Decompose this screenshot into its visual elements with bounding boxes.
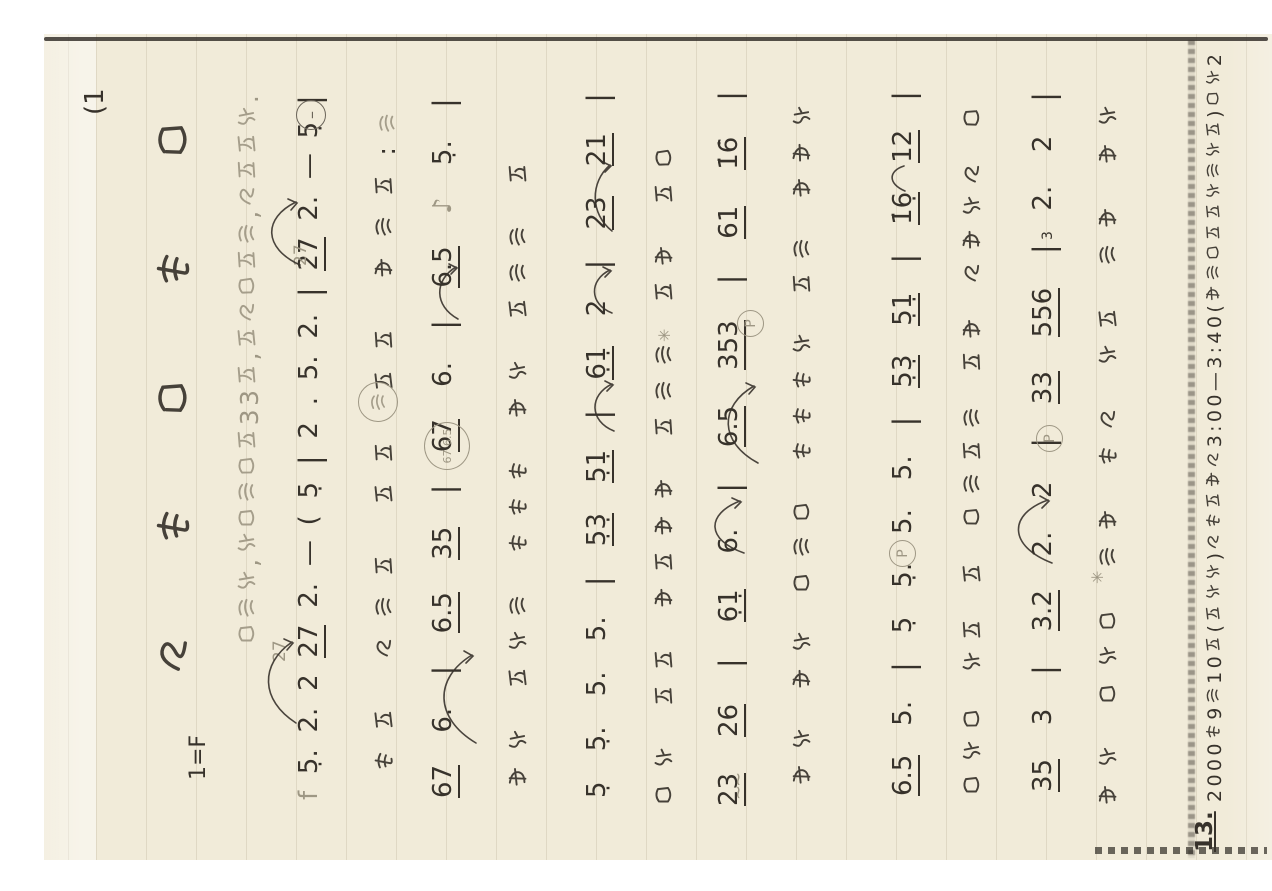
cjk-glyph (372, 482, 395, 505)
cjk-glyph (960, 228, 984, 251)
cjk-glyph (790, 763, 814, 786)
cjk-glyph (1096, 746, 1120, 769)
cjk-glyph (372, 215, 396, 238)
cjk-glyph (1204, 450, 1222, 468)
cjk-glyph (790, 571, 813, 594)
cjk-glyph (790, 632, 813, 655)
cjk-glyph (1204, 244, 1222, 262)
cjk-glyph (960, 774, 983, 797)
cjk-glyph (1204, 532, 1222, 549)
pencil-note: ,33,,. (235, 95, 269, 645)
handwritten-char: 9 (1204, 708, 1226, 720)
cjk-glyph (372, 595, 396, 618)
handwritten-char: 3 (1204, 435, 1226, 447)
note-token: 2. (296, 583, 322, 608)
note-token: | (430, 485, 459, 495)
cjk-glyph (506, 459, 529, 482)
cjk-glyph (790, 176, 814, 199)
note-token: 33 (1030, 371, 1060, 404)
note-token: | (716, 91, 745, 101)
note-token: 5̣. (430, 140, 456, 165)
cjk-glyph (790, 500, 813, 523)
cjk-glyph (506, 666, 530, 689)
cjk-glyph (790, 369, 813, 392)
note-token: 5̣1̣ (890, 293, 920, 326)
note-token: 5. (890, 701, 916, 726)
section-mark: (1 (80, 45, 114, 115)
note-token: | (584, 93, 613, 103)
cjk-glyph (372, 174, 395, 197)
note-token: | (716, 483, 745, 493)
cjk-glyph (506, 531, 530, 554)
slur-arc (584, 266, 618, 318)
note-token: 5. (584, 616, 610, 641)
note-token: 35 (430, 527, 460, 560)
cjk-glyph (372, 328, 395, 351)
cjk-glyph (1204, 604, 1222, 622)
cjk-glyph (960, 562, 983, 585)
note-token: 5̣1̣ (584, 450, 614, 483)
cjk-glyph (506, 163, 529, 186)
slur-arc (584, 380, 620, 436)
cjk-glyph (506, 729, 530, 752)
cjk-glyph (1204, 162, 1222, 179)
note-token: | (584, 576, 613, 586)
cjk-glyph (960, 651, 984, 674)
slur-arc (428, 648, 484, 748)
note-token: 2 (296, 422, 322, 439)
cjk-glyph (235, 106, 259, 129)
cjk-glyph (960, 162, 983, 185)
note-token: | (1030, 244, 1059, 254)
handwritten-char: 0 (1204, 774, 1226, 786)
note-token: 3.2 (1030, 590, 1060, 631)
cjk-glyph (1204, 285, 1221, 302)
note-token: 2. (1030, 186, 1056, 211)
cjk-glyph (235, 623, 258, 646)
slur-arc (586, 160, 618, 236)
note-token: | (1030, 665, 1059, 675)
slur-arc (700, 496, 752, 558)
note-token: 1̇6̣ (890, 192, 920, 225)
note-token: 61 (716, 206, 746, 239)
cjk-glyph (652, 343, 675, 366)
cjk-glyph (506, 225, 530, 248)
cjk-glyph (1096, 243, 1119, 266)
date-note: 2000910()3:00—3:40()2 (1204, 54, 1230, 802)
handwritten-char: 3 (1204, 357, 1226, 369)
cjk-glyph (1204, 491, 1222, 509)
note-token: 5̣ (296, 482, 322, 499)
cjk-glyph (506, 594, 530, 617)
system-5-notes: 6.55.|5̣5̣.5.5.|5̣3̣5̣1̣|1̇6̣12| (890, 91, 942, 796)
handwritten-char: — (1204, 372, 1226, 391)
cjk-glyph (1204, 563, 1222, 581)
pencil-tiao-mark (376, 104, 402, 134)
cjk-glyph (652, 586, 675, 609)
key-signature: 1=F (186, 696, 214, 780)
handwritten-char: : (1204, 425, 1226, 431)
system-2-lyrics (506, 163, 554, 788)
pencil-dynamic-p-c: P (1036, 425, 1063, 452)
cjk-glyph (1096, 408, 1119, 431)
pencil-wave-mark: ~~ (728, 760, 744, 800)
cjk-glyph (1204, 182, 1222, 200)
slur-arc (884, 162, 910, 194)
system-1-lyrics: : (372, 147, 420, 772)
cjk-glyph (1204, 636, 1222, 654)
cjk-glyph (1204, 203, 1222, 220)
note-token: 5̣3̣ (584, 513, 614, 546)
cjk-glyph (368, 392, 389, 412)
handwritten-char: ( (1204, 625, 1226, 632)
cjk-glyph (152, 248, 194, 289)
note-token: 6.5 (430, 592, 460, 633)
cjk-glyph (1204, 264, 1222, 281)
cjk-glyph (960, 350, 984, 373)
cjk-glyph (652, 550, 675, 573)
handwritten-char: ) (1204, 553, 1226, 560)
cjk-glyph (1096, 609, 1119, 632)
cjk-glyph (1204, 471, 1222, 489)
note-token: — (296, 155, 322, 179)
cjk-glyph (960, 261, 983, 284)
note-token: | (296, 455, 325, 465)
cjk-glyph (235, 185, 258, 208)
system-4-lyrics (790, 106, 838, 786)
cjk-glyph (1096, 646, 1120, 669)
cjk-glyph (652, 478, 675, 501)
note-token: 1̇6̇ (716, 137, 746, 170)
cjk-glyph (1204, 141, 1222, 159)
cjk-glyph (1096, 783, 1120, 806)
pencil-micro-fix: 67 6.5 (424, 422, 470, 470)
cjk-glyph (235, 455, 258, 478)
cjk-glyph (235, 596, 258, 619)
note-token: | (1030, 92, 1059, 102)
cjk-glyph (1096, 142, 1120, 165)
note-token: — (296, 542, 322, 566)
cjk-glyph (372, 441, 395, 464)
cjk-glyph (652, 747, 676, 770)
cjk-glyph (960, 195, 983, 218)
slur-arc (430, 262, 464, 324)
note-token: 5. (584, 671, 610, 696)
handwritten-char: 3 (235, 409, 264, 425)
note-token: 5̣. (584, 726, 610, 751)
note-token: | (890, 662, 919, 672)
song-title (152, 120, 212, 675)
pencil-star-b: ✳ (1088, 562, 1110, 584)
cjk-glyph (652, 685, 675, 708)
cjk-glyph (1096, 508, 1120, 531)
cjk-glyph (235, 481, 258, 504)
cjk-glyph (790, 333, 813, 356)
note-token: 12 (890, 130, 920, 163)
pencil-star-a: ✳ (655, 320, 677, 342)
cjk-glyph (235, 533, 258, 556)
cjk-glyph (1204, 584, 1221, 601)
cjk-glyph (372, 749, 396, 772)
cjk-glyph (235, 507, 258, 530)
handwritten-char: 0 (1204, 744, 1226, 756)
pencil-tiao-circled (358, 382, 398, 422)
cjk-glyph (1096, 106, 1119, 129)
cjk-glyph (652, 182, 675, 205)
cjk-glyph (1204, 723, 1222, 741)
cjk-glyph (960, 618, 983, 641)
cjk-glyph (376, 112, 398, 134)
cjk-glyph (506, 396, 530, 419)
note-token: 2. (296, 314, 322, 339)
cjk-glyph (151, 634, 194, 676)
cjk-glyph (960, 506, 983, 529)
slur-arc (258, 196, 308, 270)
cjk-glyph (652, 281, 675, 304)
handwritten-char: : (1204, 347, 1226, 353)
cjk-glyph (235, 274, 259, 297)
note-token: 5. (890, 509, 916, 534)
cjk-glyph (1204, 223, 1222, 240)
cjk-glyph (790, 728, 814, 751)
handwritten-char: 0 (1204, 316, 1226, 328)
cjk-glyph (372, 708, 396, 731)
note-token: 6.5 (890, 755, 920, 796)
note-token: 6̣1̣ (584, 346, 614, 379)
cjk-glyph (790, 273, 813, 296)
cjk-glyph (790, 141, 814, 164)
handwritten-char: : (372, 147, 401, 155)
cjk-glyph (235, 429, 258, 452)
cjk-glyph (1096, 683, 1119, 706)
cjk-glyph (960, 406, 984, 429)
cjk-glyph (960, 472, 984, 495)
note-token: | (890, 417, 919, 427)
note-token: f (296, 791, 322, 800)
handwritten-char: 1 (1204, 672, 1226, 684)
cjk-glyph (235, 364, 258, 387)
cjk-glyph (652, 514, 675, 537)
cjk-glyph (960, 707, 983, 730)
cjk-glyph (652, 784, 675, 807)
note-token: ( (296, 515, 322, 525)
handwritten-char: 3 (235, 390, 264, 406)
page-number: 13. (1192, 800, 1228, 852)
scan-artifact-dots (1095, 847, 1267, 854)
note-token: 556 (1030, 288, 1060, 338)
note-token: 35 (1030, 759, 1060, 792)
cjk-glyph (235, 159, 258, 182)
handwritten-char: 0 (1204, 410, 1226, 422)
cjk-glyph (235, 132, 258, 155)
handwritten-char: . (235, 95, 264, 103)
handwritten-char: , (235, 559, 264, 567)
cjk-glyph (652, 415, 675, 438)
triplet-number: 3 (1040, 214, 1058, 240)
note-token: 3 (1030, 709, 1056, 726)
cjk-glyph (235, 326, 258, 349)
note-token: | (890, 254, 919, 264)
cjk-glyph (1204, 121, 1222, 139)
cjk-glyph (790, 536, 813, 559)
cjk-glyph (652, 146, 676, 169)
cjk-glyph (1096, 344, 1119, 367)
cjk-glyph (652, 244, 676, 267)
pencil-dynamic-p-a: P (737, 310, 764, 337)
cjk-glyph (235, 248, 258, 271)
cjk-glyph (790, 667, 814, 690)
scan-edge-top (44, 37, 1268, 41)
cjk-glyph (790, 404, 814, 427)
cjk-glyph (372, 256, 395, 279)
handwritten-char: 4 (1204, 331, 1226, 343)
note-token: 26 (716, 704, 746, 737)
note-token: 2 (1030, 136, 1056, 153)
scanned-music-manuscript: (1 1=F ,33,,. f5̣.2.2272.—(5̣|2.5.2.|272… (0, 0, 1272, 891)
cjk-glyph (506, 495, 530, 518)
note-token: 6. (430, 362, 456, 387)
cjk-glyph (506, 630, 530, 653)
handwritten-char: ) (1204, 110, 1226, 117)
cjk-glyph (790, 106, 813, 129)
cjk-glyph (1204, 90, 1222, 108)
handwritten-char: 0 (1204, 656, 1226, 668)
cjk-glyph (960, 106, 984, 129)
cjk-glyph (1096, 307, 1120, 330)
cjk-glyph (960, 740, 984, 763)
cjk-glyph (372, 636, 395, 659)
system-6-lyrics (1096, 106, 1144, 806)
note-token: ♪ (430, 197, 456, 214)
note-token: | (716, 275, 745, 285)
cjk-glyph (372, 554, 395, 577)
cjk-glyph (506, 765, 530, 788)
note-token: 5̣. (296, 749, 322, 774)
cjk-glyph (960, 317, 983, 340)
handwritten-char: 2 (1204, 54, 1226, 66)
system-3-lyrics (652, 146, 700, 806)
cjk-glyph (790, 439, 814, 462)
note-token: | (716, 658, 745, 668)
phrase-number-one: – (296, 100, 326, 130)
note-token: 5̣ (890, 617, 916, 634)
cjk-glyph (1204, 687, 1222, 704)
handwritten-char: 0 (1204, 759, 1226, 771)
cjk-glyph (506, 360, 530, 383)
cjk-glyph (1096, 206, 1119, 229)
note-token: 5. (296, 355, 322, 380)
cjk-glyph (1204, 512, 1222, 530)
note-token: 5̣ (584, 781, 610, 798)
cjk-glyph (1204, 69, 1222, 87)
note-token: 5. (890, 455, 916, 480)
slur-arc (256, 636, 304, 728)
cjk-glyph (652, 379, 675, 402)
cjk-glyph (152, 506, 194, 547)
cjk-glyph (506, 298, 530, 321)
cjk-glyph (960, 440, 983, 463)
note-token: | (296, 287, 325, 297)
cjk-glyph (151, 119, 194, 161)
cjk-glyph (235, 570, 258, 593)
cjk-glyph (235, 300, 258, 323)
scan-fold-streak (1188, 40, 1195, 858)
note-token: 6̣1̣ (716, 589, 746, 622)
cjk-glyph (235, 222, 258, 245)
cjk-glyph (790, 238, 813, 261)
slur-arc (1002, 494, 1060, 568)
cjk-glyph (506, 261, 530, 284)
note-token: | (430, 98, 459, 108)
note-token: 5̣3̣ (890, 355, 920, 388)
note-token: | (890, 91, 919, 101)
pencil-dynamic-p-b: P (889, 540, 916, 567)
system-5-lyrics (960, 106, 1008, 796)
slur-arc (714, 380, 766, 468)
note-token: 67 (430, 765, 460, 798)
cjk-glyph (652, 649, 675, 672)
handwritten-char: , (235, 352, 264, 360)
handwritten-char: 0 (1204, 395, 1226, 407)
cjk-glyph (1096, 444, 1120, 467)
note-token: . (296, 397, 322, 405)
handwritten-char: ( (1204, 305, 1226, 312)
cjk-glyph (151, 377, 194, 419)
